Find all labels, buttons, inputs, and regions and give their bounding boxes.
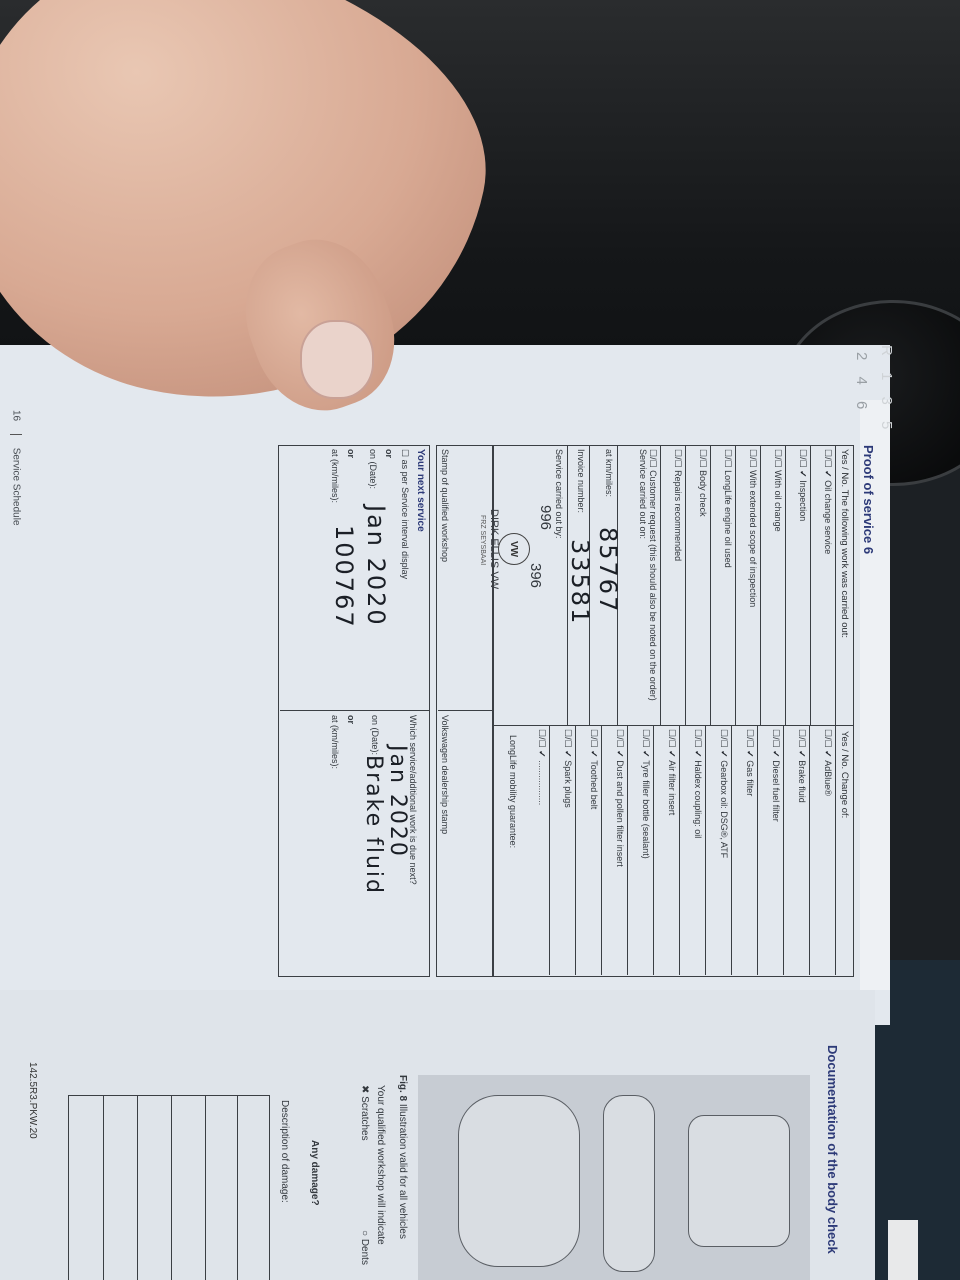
check-mark-icon: ✓ bbox=[823, 470, 833, 480]
stamp-dealer-name: DIRK ELLIS VW bbox=[488, 509, 500, 589]
check-mark-icon: ✓ bbox=[537, 750, 547, 760]
check-mark-icon: ✓ bbox=[798, 470, 808, 480]
item-label: Body check bbox=[698, 470, 708, 517]
yes-no-checkbox[interactable]: ☐/☐ bbox=[667, 729, 677, 750]
check-mark-icon: ✓ bbox=[563, 750, 573, 760]
yes-no-checkbox[interactable]: ☐/☐ bbox=[723, 449, 733, 470]
figure-label: Fig. 8 bbox=[397, 1075, 408, 1101]
stamp-dealer-sub: FRZ SEYSBAAI bbox=[479, 515, 486, 565]
yes-no-checkbox[interactable]: ☐/☐ bbox=[563, 729, 573, 750]
yes-no-checkbox[interactable]: ☐/☐ bbox=[719, 729, 729, 750]
yes-no-checkbox[interactable]: ☐/☐ bbox=[748, 449, 758, 470]
change-item-row[interactable]: ☐/☐ ✓ Brake fluid bbox=[784, 725, 810, 975]
damage-header: Any damage? bbox=[309, 1140, 320, 1206]
yes-no-checkbox[interactable]: ☐/☐ bbox=[797, 729, 807, 750]
yes-no-checkbox[interactable]: ☐/☐ bbox=[537, 729, 547, 750]
item-label: .................. bbox=[537, 760, 547, 805]
item-label: Tyre filler bottle (sealant) bbox=[641, 760, 651, 859]
interval-option[interactable]: ☐ as per Service interval display bbox=[399, 449, 410, 579]
item-label: Oil change service bbox=[823, 480, 833, 554]
page-title: Proof of service 6 bbox=[861, 445, 876, 554]
next-date-label: on (Date): bbox=[368, 449, 378, 489]
item-label: Gearbox oil: DSG®, ATF bbox=[719, 760, 729, 858]
item-label: Air filter insert bbox=[667, 760, 677, 815]
service-date-label: Service carried out on: bbox=[638, 449, 648, 539]
change-item-row[interactable]: ☐/☐ ✓ Gearbox oil: DSG®, ATF bbox=[706, 725, 732, 975]
carried-out-by-value-2: 396 bbox=[527, 563, 544, 588]
check-mark-icon: ✓ bbox=[615, 750, 625, 760]
yes-no-checkbox[interactable]: ☐/☐ bbox=[641, 729, 651, 750]
yes-no-checkbox[interactable]: ☐/☐ bbox=[693, 729, 703, 750]
thumbnail bbox=[300, 320, 374, 399]
change-item-row[interactable]: ☐/☐ ✓ Haldex coupling: oil bbox=[680, 725, 706, 975]
car-rear-view-icon bbox=[688, 1115, 790, 1247]
check-mark-icon: ✓ bbox=[797, 750, 807, 760]
change-item-row[interactable]: ☐/☐ ✓ Gas filter bbox=[732, 725, 758, 975]
next-service-title: Your next service bbox=[415, 449, 426, 532]
yes-no-checkbox[interactable]: ☐/☐ bbox=[773, 449, 783, 470]
vehicle-illustration bbox=[418, 1075, 810, 1280]
change-item-row[interactable]: ☐/☐ ✓ Air filter insert bbox=[654, 725, 680, 975]
print-code: 142.5R3.PKW.20 bbox=[27, 1062, 38, 1139]
check-mark-icon: ✓ bbox=[589, 750, 599, 760]
footer-divider bbox=[10, 434, 22, 435]
item-label: LongLife engine oil used bbox=[723, 470, 733, 568]
work-item-row[interactable]: ☐/☐ With extended scope of inspection bbox=[736, 445, 761, 725]
invoice-value[interactable]: 33581 bbox=[566, 539, 594, 625]
next-km-label: at (km/miles): bbox=[330, 449, 340, 503]
figure-caption: Fig. 8 Illustration valid for all vehicl… bbox=[397, 1075, 408, 1239]
item-label: Diesel fuel filter bbox=[771, 760, 781, 822]
body-check-title: Documentation of the body check bbox=[825, 1045, 840, 1254]
page-footer: 16 Service Schedule bbox=[10, 410, 22, 526]
workshop-note: Your qualified workshop will indicate bbox=[375, 1085, 386, 1245]
which-km-label: at (km/miles): bbox=[330, 715, 340, 769]
damage-table-col bbox=[171, 1096, 172, 1280]
item-label: Brake fluid bbox=[797, 760, 807, 803]
damage-table-col bbox=[103, 1096, 104, 1280]
row-divider bbox=[567, 445, 568, 725]
work-table-header-left: Yes / No. The following work was carried… bbox=[839, 449, 850, 638]
which-work-value[interactable]: Brake fluid bbox=[361, 755, 386, 895]
yes-no-checkbox[interactable]: ☐/☐ bbox=[698, 449, 708, 470]
stamp-label: Stamp of qualified workshop bbox=[440, 449, 450, 562]
check-mark-icon: ✓ bbox=[771, 750, 781, 760]
yes-no-checkbox[interactable]: ☐/☐ bbox=[589, 729, 599, 750]
check-mark-icon: ✓ bbox=[667, 750, 677, 760]
carried-out-by-value-1: 996 bbox=[537, 505, 554, 530]
footer-section: Service Schedule bbox=[10, 448, 21, 526]
yes-no-checkbox[interactable]: ☐/☐ bbox=[823, 729, 833, 750]
item-label: Inspection bbox=[798, 480, 808, 521]
paper-tag bbox=[888, 1220, 918, 1280]
km-label: at km/miles: bbox=[604, 449, 614, 497]
check-mark-icon: ✓ bbox=[823, 750, 833, 760]
km-value[interactable]: 85767 bbox=[594, 527, 622, 613]
change-item-row[interactable]: ☐/☐ ✓ Toothed belt bbox=[576, 725, 602, 975]
item-label: Customer request (this should also be no… bbox=[648, 470, 658, 701]
work-item-row[interactable]: ☐/☐ LongLife engine oil used bbox=[711, 445, 736, 725]
carried-out-by-label: Service carried out by: bbox=[554, 449, 564, 539]
or-separator: or bbox=[346, 715, 356, 724]
work-item-row[interactable]: ☐/☐ ✓ Inspection bbox=[786, 445, 811, 725]
yes-no-checkbox[interactable]: ☐/☐ bbox=[771, 729, 781, 750]
check-mark-icon: ✓ bbox=[641, 750, 651, 760]
change-item-row[interactable]: ☐/☐ ✓ Diesel fuel filter bbox=[758, 725, 784, 975]
item-label: Haldex coupling: oil bbox=[693, 760, 703, 838]
next-date-value[interactable]: Jan 2020 bbox=[362, 505, 390, 627]
figure-caption-text: Illustration valid for all vehicles bbox=[397, 1104, 408, 1239]
check-mark-icon: ✓ bbox=[719, 750, 729, 760]
which-date-label: on (Date): bbox=[370, 715, 380, 755]
legend-scratches: ✖ Scratches bbox=[359, 1085, 370, 1141]
item-label: With oil change bbox=[773, 470, 783, 532]
item-label: Gas filter bbox=[745, 760, 755, 796]
item-label: Spark plugs bbox=[563, 760, 573, 808]
damage-table bbox=[68, 1095, 270, 1280]
interval-option-label: as per Service interval display bbox=[400, 460, 410, 580]
change-item-row[interactable]: ☐/☐ ✓ Dust and pollen filter insert bbox=[602, 725, 628, 975]
check-mark-icon: ✓ bbox=[745, 750, 755, 760]
work-item-row[interactable]: ☐/☐ With oil change bbox=[761, 445, 786, 725]
change-item-row[interactable]: ☐/☐ ✓ Tyre filler bottle (sealant) bbox=[628, 725, 654, 975]
car-side-view-icon bbox=[603, 1095, 655, 1272]
item-label: Repairs recommended bbox=[673, 470, 683, 561]
yes-no-checkbox[interactable]: ☐/☐ bbox=[615, 729, 625, 750]
gear-pattern-top: R 1 3 5 bbox=[878, 345, 895, 435]
item-label: AdBlue® bbox=[823, 760, 833, 796]
work-table-header-right: Yes / No. Change of: bbox=[839, 731, 850, 818]
yes-no-checkbox[interactable]: ☐/☐ bbox=[823, 449, 833, 470]
damage-description-label: Description of damage: bbox=[279, 1100, 290, 1203]
damage-table-col bbox=[205, 1096, 206, 1280]
or-separator: or bbox=[384, 449, 394, 458]
yes-no-checkbox[interactable]: ☐/☐ bbox=[673, 449, 683, 470]
change-item-row[interactable]: ☐/☐ ✓ .................. bbox=[524, 725, 550, 975]
yes-no-checkbox[interactable]: ☐/☐ bbox=[648, 449, 658, 470]
page-number: 16 bbox=[10, 410, 21, 421]
damage-table-col bbox=[137, 1096, 138, 1280]
or-separator: or bbox=[346, 449, 356, 458]
item-label: Toothed belt bbox=[589, 760, 599, 809]
invoice-label: Invoice number: bbox=[576, 449, 586, 513]
vw-logo-icon: VW bbox=[498, 533, 530, 565]
work-item-row[interactable]: ☐/☐ Repairs recommended bbox=[661, 445, 686, 725]
longlife-guarantee-label: LongLife mobility guarantee: bbox=[508, 735, 518, 848]
item-label: With extended scope of inspection bbox=[748, 470, 758, 607]
next-km-value[interactable]: 100767 bbox=[330, 525, 358, 629]
stamp-divider bbox=[438, 710, 494, 711]
change-item-row[interactable]: ☐/☐ ✓ Spark plugs bbox=[550, 725, 576, 975]
dealership-stamp-label: Volkswagen dealership stamp bbox=[440, 715, 450, 834]
legend-dents: ○ Dents bbox=[359, 1230, 370, 1265]
damage-table-col bbox=[237, 1096, 238, 1280]
yes-no-checkbox[interactable]: ☐/☐ bbox=[745, 729, 755, 750]
work-item-row[interactable]: ☐/☐ Body check bbox=[686, 445, 711, 725]
check-mark-icon: ✓ bbox=[693, 750, 703, 760]
proof-of-service-form: Proof of service 6 Yes / No. The followi… bbox=[110, 445, 880, 1005]
next-service-divider bbox=[280, 710, 430, 711]
change-item-row[interactable]: ☐/☐ ✓ AdBlue® bbox=[810, 725, 836, 975]
which-date-value[interactable]: Jan 2020 bbox=[385, 745, 410, 858]
work-item-row[interactable]: ☐/☐ ✓ Oil change service bbox=[811, 445, 836, 725]
item-label: Dust and pollen filter insert bbox=[615, 760, 625, 867]
yes-no-checkbox[interactable]: ☐/☐ bbox=[798, 449, 808, 470]
car-top-view-icon bbox=[458, 1095, 580, 1267]
gear-pattern-bottom: 2 4 6 bbox=[853, 352, 870, 415]
